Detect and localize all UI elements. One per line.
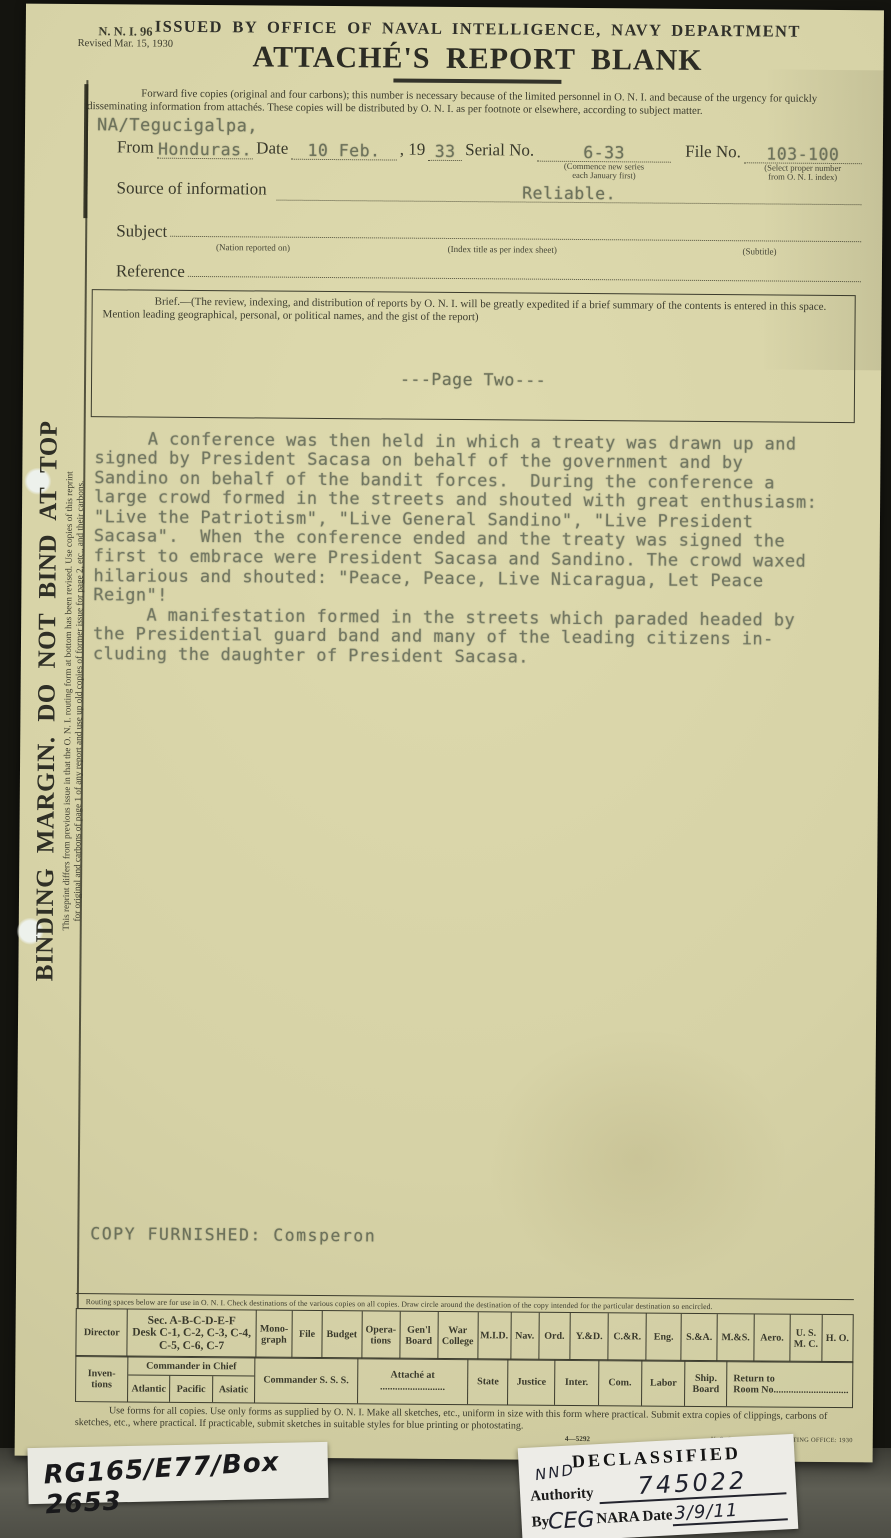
file-field: 103-100(Select proper number from O. N. … bbox=[744, 142, 862, 164]
routing-cell-aero: Aero. bbox=[753, 1314, 790, 1361]
routing-cell-sa: S.&A. bbox=[680, 1314, 717, 1361]
from-label: From bbox=[117, 137, 154, 157]
routing-cell-cinc: Commander in Chief Atlantic Pacific Asia… bbox=[127, 1357, 255, 1403]
serial-label: Serial No. bbox=[465, 140, 534, 161]
cinc-atlantic: Atlantic bbox=[128, 1376, 170, 1402]
form-content: N. N. I. 96 Revised Mar. 15, 1930 ISSUED… bbox=[57, 16, 866, 671]
report-paragraph-1: A conference was then held in which a tr… bbox=[93, 430, 860, 612]
year-field: 33 bbox=[428, 139, 462, 160]
routing-cell-director: Director bbox=[76, 1309, 127, 1356]
title-underline bbox=[393, 79, 561, 84]
routing-cell-cr: C.&R. bbox=[608, 1313, 646, 1360]
serial-field: 6-33(Commence new series each January fi… bbox=[537, 140, 671, 162]
copy-furnished-line: COPY FURNISHED: Comsperon bbox=[90, 1224, 376, 1245]
reference-label: Reference bbox=[116, 261, 185, 282]
by-value-handwritten: CEG bbox=[547, 1507, 595, 1534]
routing-cell-sec-desk: Sec. A-B-C-D-E-F Desk C-1, C-2, C-3, C-4… bbox=[127, 1309, 256, 1357]
from-date-line: From Honduras. Date 10 Feb. , 19 33 Seri… bbox=[61, 136, 865, 163]
reference-line: Reference bbox=[60, 260, 864, 286]
report-page: BINDING MARGIN. DO NOT BIND AT TOP This … bbox=[15, 4, 884, 1463]
cinc-asiatic: Asiatic bbox=[212, 1377, 255, 1403]
paper-stain bbox=[486, 1027, 788, 1289]
subject-note-subtitle: (Subtitle) bbox=[743, 246, 777, 256]
routing-cell-yd: Y.&D. bbox=[569, 1313, 607, 1360]
serial-note: (Commence new series each January first) bbox=[529, 161, 679, 181]
attache-at-blank: .......................... bbox=[380, 1381, 445, 1394]
routing-cell-labor: Labor bbox=[641, 1361, 685, 1406]
serial-value: 6-33 bbox=[583, 143, 625, 162]
date-field: 10 Feb. bbox=[291, 138, 397, 160]
date-value: 10 Feb. bbox=[307, 140, 380, 160]
subject-note-nation: (Nation reported on) bbox=[216, 242, 290, 253]
brief-instructions: Brief.—(The review, indexing, and distri… bbox=[103, 295, 845, 327]
subject-field bbox=[170, 235, 861, 241]
from-value: Honduras. bbox=[158, 139, 252, 159]
routing-cell-monograph: Mono- graph bbox=[255, 1310, 292, 1357]
routing-cell-genl-board: Gen'l Board bbox=[399, 1312, 437, 1359]
routing-cell-ms: M.&S. bbox=[717, 1314, 754, 1361]
routing-cell-com: Com. bbox=[598, 1361, 642, 1406]
routing-cell-inter: Inter. bbox=[554, 1360, 598, 1405]
cinc-pacific: Pacific bbox=[169, 1376, 212, 1402]
routing-row-1: Director Sec. A-B-C-D-E-F Desk C-1, C-2,… bbox=[75, 1308, 853, 1363]
routing-cell-state: State bbox=[467, 1360, 507, 1405]
form-title: ATTACHÉ'S REPORT BLANK bbox=[75, 39, 879, 79]
photo-scene: BINDING MARGIN. DO NOT BIND AT TOP This … bbox=[0, 0, 891, 1538]
file-label: File No. bbox=[685, 141, 741, 161]
routing-cell-operations: Opera- tions bbox=[361, 1311, 399, 1358]
cinc-header: Commander in Chief bbox=[128, 1357, 254, 1377]
table-footnote: Use forms for all copies. Use only forms… bbox=[75, 1405, 853, 1435]
routing-cell-ho: H. O. bbox=[821, 1315, 853, 1362]
authority-label: Authority bbox=[530, 1485, 594, 1505]
file-note: (Select proper number from O. N. I. inde… bbox=[728, 163, 878, 183]
declassified-stamp: DECLASSIFIED NND Authority 745022 By CEG… bbox=[518, 1434, 799, 1538]
brief-box: Brief.—(The review, indexing, and distri… bbox=[91, 289, 856, 423]
date-label: Date bbox=[256, 138, 288, 158]
year-value: 33 bbox=[435, 141, 456, 160]
nara-date-label: NARA Date bbox=[596, 1507, 673, 1528]
routing-cell-file: File bbox=[292, 1311, 322, 1358]
issuing-office: ISSUED BY OFFICE OF NAVAL INTELLIGENCE, … bbox=[76, 16, 880, 42]
routing-cell-mid: M.I.D. bbox=[477, 1312, 510, 1359]
source-label: Source of information bbox=[116, 178, 266, 199]
routing-row-2: Inven- tions Commander in Chief Atlantic… bbox=[75, 1355, 853, 1408]
forwarding-instructions: Forward five copies (original and four c… bbox=[87, 87, 861, 119]
routing-cell-nav: Nav. bbox=[510, 1312, 538, 1359]
form-code: 4—5292 bbox=[565, 1435, 590, 1443]
routing-cell-commander-sss: Commander S. S. S. bbox=[254, 1358, 357, 1404]
routing-cell-usmc: U. S. M. C. bbox=[790, 1315, 822, 1362]
from-field: Honduras. bbox=[157, 137, 254, 159]
routing-cell-justice: Justice bbox=[507, 1360, 554, 1405]
form-header: N. N. I. 96 Revised Mar. 15, 1930 ISSUED… bbox=[61, 16, 865, 86]
routing-cell-budget: Budget bbox=[321, 1311, 361, 1358]
subject-label: Subject bbox=[116, 221, 167, 241]
by-label: By bbox=[531, 1514, 549, 1532]
routing-cell-inventions: Inven- tions bbox=[76, 1356, 127, 1401]
routing-cell-eng: Eng. bbox=[646, 1314, 681, 1361]
routing-cell-return-to: Return to Room No.......................… bbox=[726, 1362, 852, 1408]
date-value-handwritten: 3/9/11 bbox=[672, 1497, 788, 1526]
subject-note-index: (Index title as per index sheet) bbox=[448, 243, 557, 254]
reference-field bbox=[188, 275, 861, 281]
file-value: 103-100 bbox=[766, 144, 839, 164]
routing-cell-war-college: War College bbox=[437, 1312, 477, 1359]
source-value: Reliable. bbox=[522, 183, 616, 203]
source-field: Reliable. bbox=[277, 179, 862, 205]
typed-page-number: ---Page Two--- bbox=[92, 367, 854, 392]
archive-label-slip: RG165/E77/Box 2653 bbox=[27, 1442, 328, 1504]
attache-at-label: Attaché at bbox=[391, 1369, 435, 1381]
report-paragraph-2: A manifestation formed in the streets wh… bbox=[93, 606, 859, 671]
year-label: , 19 bbox=[400, 139, 426, 159]
routing-cell-ord: Ord. bbox=[538, 1313, 570, 1360]
routing-section: Routing spaces below are for use in O. N… bbox=[75, 1293, 854, 1446]
routing-cell-ship-board: Ship. Board bbox=[684, 1361, 726, 1406]
routing-cell-attache-at: Attaché at .......................... bbox=[357, 1359, 468, 1405]
